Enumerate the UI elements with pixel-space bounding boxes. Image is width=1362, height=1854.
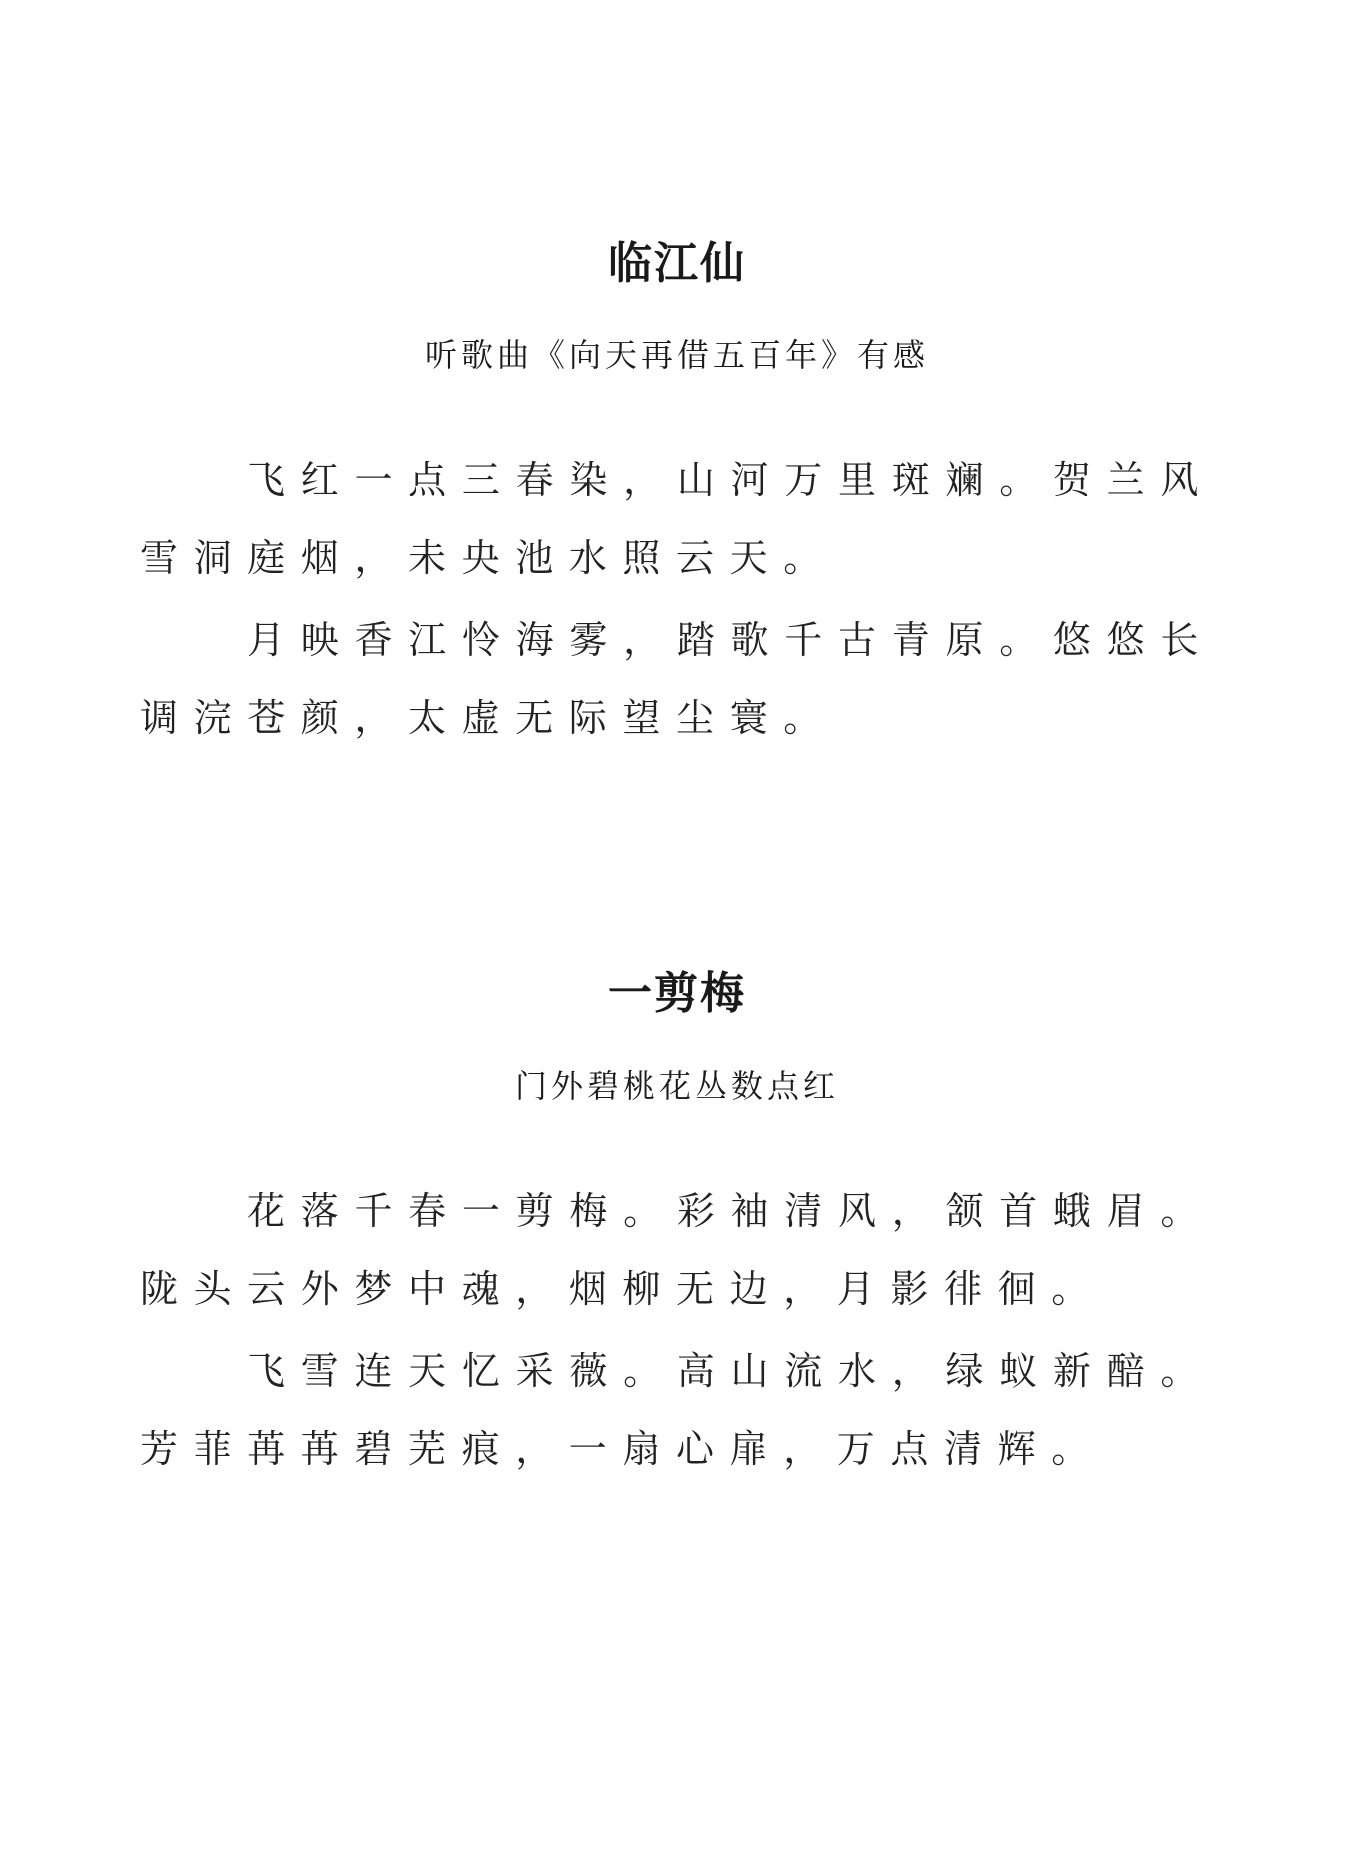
stanza: 飞雪连天忆采薇。高山流水，绿蚁新醅。芳菲苒苒碧芜痕，一扇心扉，万点清辉。 (140, 1332, 1214, 1488)
stanza: 月映香江怜海雾，踏歌千古青原。悠悠长调浣苍颜，太虚无际望尘寰。 (140, 601, 1214, 757)
document-page: 临江仙 听歌曲《向天再借五百年》有感 飞红一点三春染，山河万里斑斓。贺兰风雪洞庭… (0, 0, 1362, 1854)
stanza: 花落千春一剪梅。彩袖清风，颔首蛾眉。陇头云外梦中魂，烟柳无边，月影徘徊。 (140, 1172, 1214, 1328)
poem-subtitle: 门外碧桃花丛数点红 (140, 1064, 1214, 1108)
poem-title: 一剪梅 (140, 964, 1214, 1024)
poem-subtitle: 听歌曲《向天再借五百年》有感 (140, 333, 1214, 377)
stanza: 飞红一点三春染，山河万里斑斓。贺兰风雪洞庭烟，未央池水照云天。 (140, 441, 1214, 597)
poem-title: 临江仙 (140, 234, 1214, 294)
